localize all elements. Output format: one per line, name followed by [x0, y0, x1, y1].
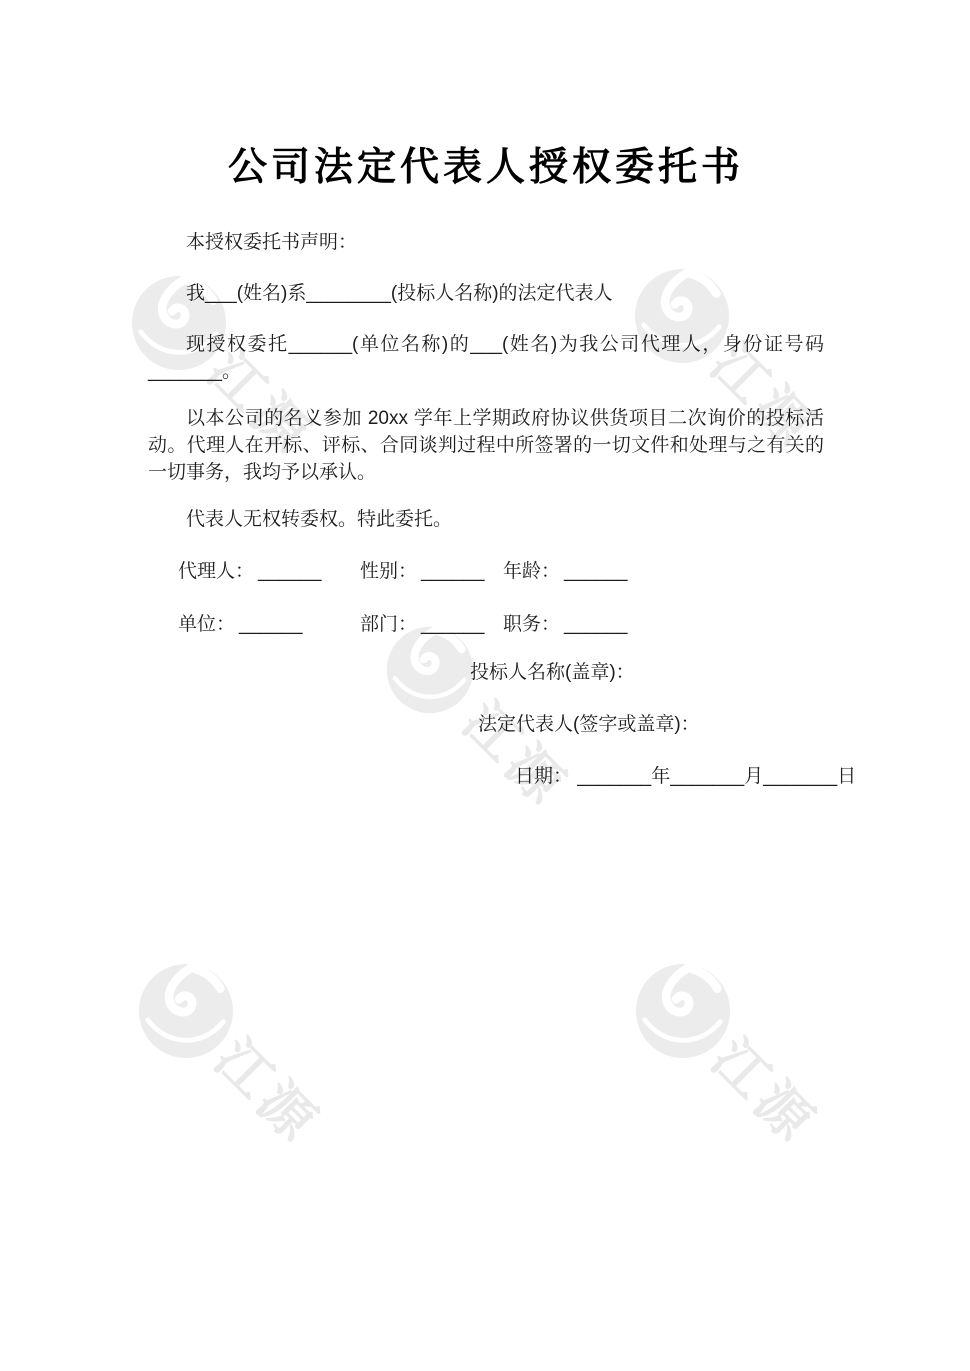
- field-label: 部门：: [360, 614, 417, 635]
- field-blank: ______: [239, 614, 302, 635]
- field-blank: ______: [258, 561, 321, 582]
- watermark-text: 江源: [184, 1009, 351, 1176]
- scope-statement: 以本公司的名义参加 20xx 学年上学期政府协议供货项目二次询价的投标活动。代理…: [148, 405, 824, 486]
- brand-swirl-icon: [634, 962, 732, 1060]
- watermark: 江源: [634, 962, 874, 1202]
- field-age: 年龄：______: [503, 558, 824, 585]
- agent-info-row-2: 单位：______ 部门：______ 职务：______: [148, 611, 824, 638]
- field-agent-name: 代理人：______: [178, 558, 360, 585]
- field-position: 职务：______: [503, 611, 824, 638]
- authorization-statement: 现授权委托______(单位名称)的___(姓名)为我公司代理人，身份证号码__…: [148, 331, 824, 385]
- field-gender: 性别：______: [360, 558, 503, 585]
- legal-rep-signature-line: 法定代表人(签字或盖章)：: [478, 711, 824, 738]
- document-title: 公司法定代表人授权委托书: [148, 143, 824, 193]
- watermark-text: 江源: [681, 1009, 848, 1176]
- legal-rep-statement: 我___(姓名)系________(投标人名称)的法定代表人: [148, 280, 824, 307]
- closing-statement: 代表人无权转委权。特此委托。: [148, 506, 824, 533]
- bidder-seal-line: 投标人名称(盖章)：: [470, 659, 824, 686]
- field-department: 部门：______: [360, 611, 503, 638]
- field-blank: ______: [421, 614, 484, 635]
- field-label: 性别：: [360, 561, 417, 582]
- agent-info-row-1: 代理人：______ 性别：______ 年龄：______: [148, 558, 824, 585]
- date-line: 日期： _______年_______月_______日: [515, 763, 824, 790]
- field-blank: ______: [421, 561, 484, 582]
- document-content: 公司法定代表人授权委托书 本授权委托书声明： 我___(姓名)系________…: [148, 143, 824, 790]
- field-unit: 单位：______: [178, 611, 360, 638]
- field-label: 单位：: [178, 614, 235, 635]
- field-blank: ______: [564, 561, 627, 582]
- document-page: 江源 江源 江源 江源: [0, 0, 970, 1371]
- declaration-line: 本授权委托书声明：: [148, 229, 824, 256]
- field-label: 职务：: [503, 614, 560, 635]
- brand-swirl-icon: [137, 962, 235, 1060]
- field-label: 代理人：: [178, 561, 254, 582]
- field-blank: ______: [564, 614, 627, 635]
- field-label: 年龄：: [503, 561, 560, 582]
- watermark: 江源: [137, 962, 377, 1202]
